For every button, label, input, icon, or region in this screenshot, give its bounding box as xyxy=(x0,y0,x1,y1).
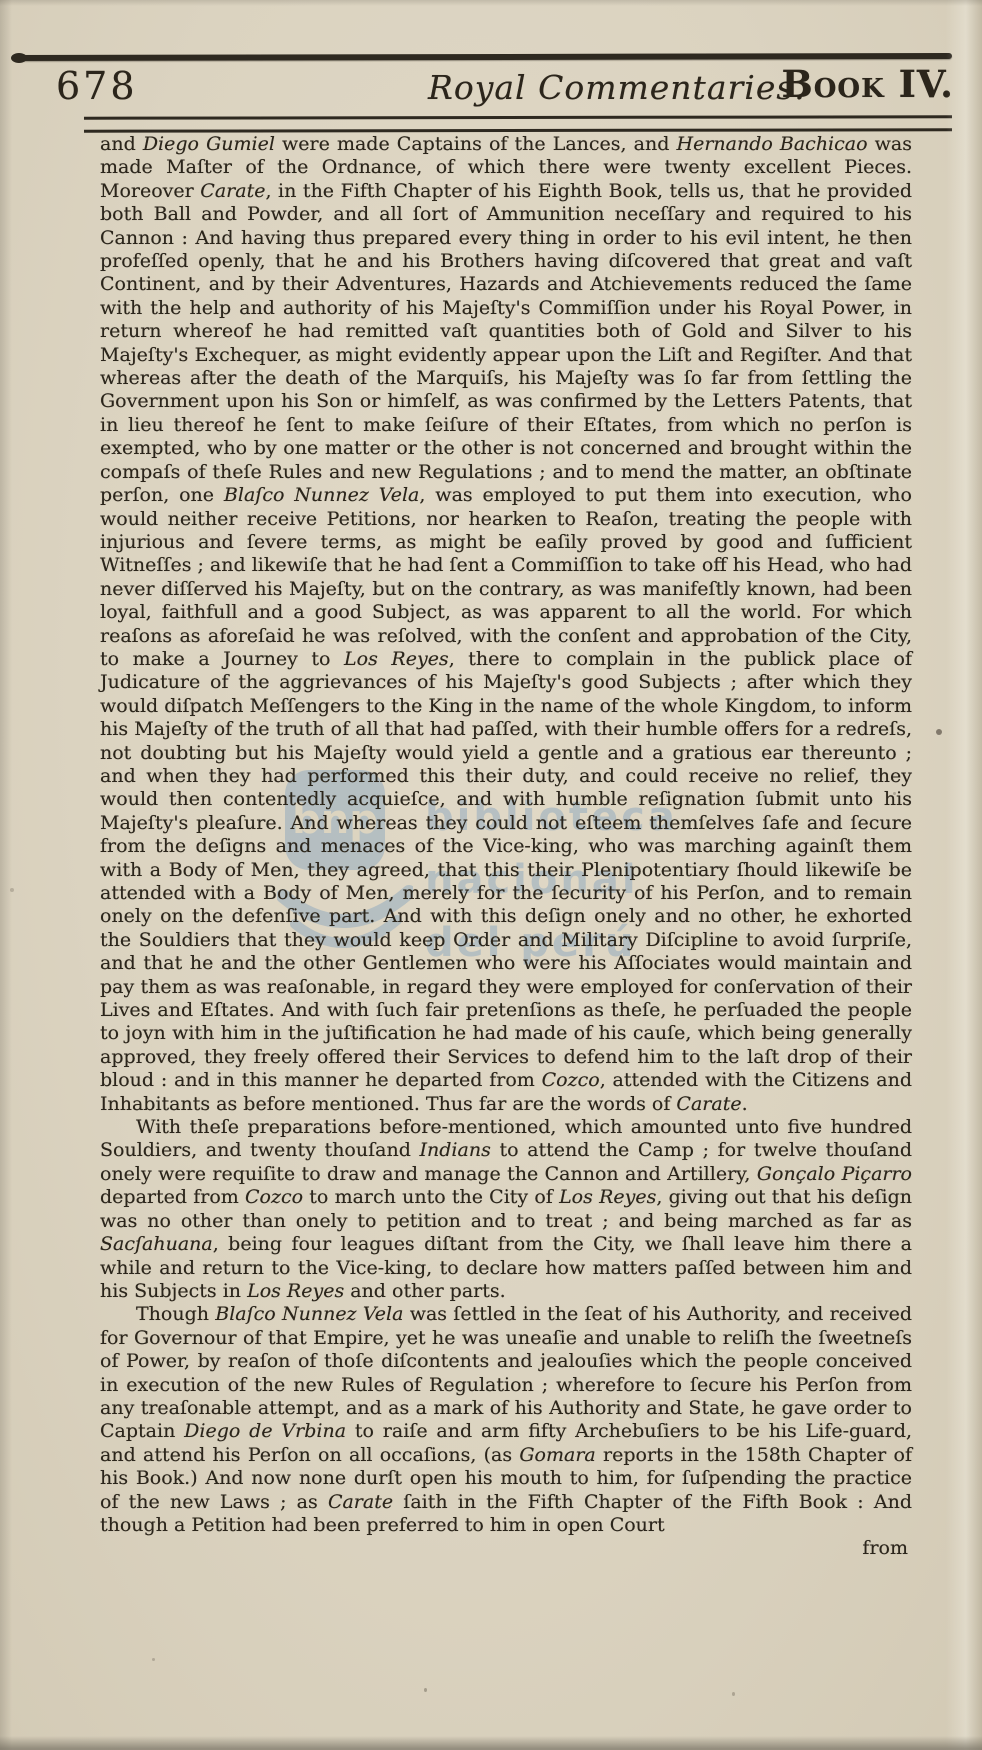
paper-speck xyxy=(936,729,942,735)
paragraph: and Diego Gumiel were made Captains of t… xyxy=(100,133,912,1116)
page-number: 678 xyxy=(56,64,138,108)
paragraph: With theſe preparations before-mentioned… xyxy=(100,1116,912,1303)
catchword: from xyxy=(100,1537,912,1560)
page-bottom-edge-shade xyxy=(0,1736,982,1750)
book-label: Book IV. xyxy=(782,62,954,106)
header-top-rule xyxy=(14,53,952,61)
running-title: Royal Commentaries. xyxy=(428,68,806,107)
paper-speck xyxy=(732,1692,735,1696)
header-double-rule xyxy=(84,115,952,133)
paper-speck xyxy=(10,888,14,892)
paper-speck xyxy=(152,1658,155,1661)
page-top-edge-shade xyxy=(0,0,982,6)
paper-speck xyxy=(893,792,896,795)
book-page-scan: 678 Royal Commentaries. Book IV. bnp bib… xyxy=(0,0,982,1750)
paper-speck xyxy=(424,1688,427,1692)
body-text: and Diego Gumiel were made Captains of t… xyxy=(100,133,912,1561)
page-left-edge-shade xyxy=(0,0,12,1750)
paragraph: Though Blaſco Nunnez Vela was ſettled in… xyxy=(100,1303,912,1537)
